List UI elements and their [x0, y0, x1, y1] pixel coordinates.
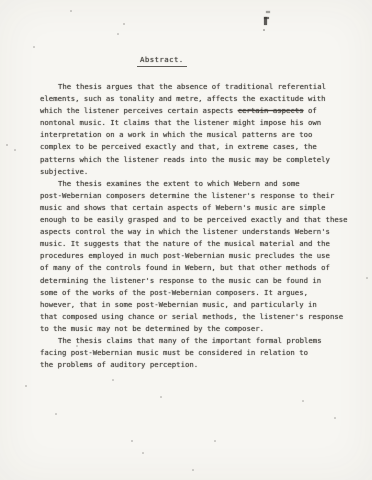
text-line: The thesis examines the extent to which … — [40, 178, 358, 190]
paper-speck — [123, 23, 125, 25]
text-line: music and shows that certain aspects of … — [40, 202, 358, 214]
paper-speck — [214, 440, 216, 442]
text-line: nontonal music. It claims that the liste… — [40, 117, 358, 129]
text-segment: which the listener perceives certain asp… — [40, 106, 238, 115]
paper-speck — [6, 144, 8, 146]
text-segment: of — [304, 106, 317, 115]
paper-speck — [366, 277, 368, 279]
pencil-mark — [260, 8, 276, 34]
text-line: The thesis claims that many of the impor… — [40, 335, 358, 347]
text-line: facing post-Webernian music must be cons… — [40, 347, 358, 359]
paper-speck — [70, 10, 72, 12]
text-line: to the music may not be determined by th… — [40, 323, 358, 335]
text-line: the problems of auditory perception. — [40, 359, 358, 371]
paper-speck — [33, 46, 35, 48]
paper-speck — [117, 33, 119, 35]
text-line: complex to be perceived exactly and that… — [40, 141, 358, 153]
text-line: subjective. — [40, 166, 358, 178]
paper-speck — [112, 379, 114, 381]
struck-text: certain aspects — [238, 106, 304, 115]
abstract-paragraph-3: The thesis claims that many of the impor… — [40, 335, 358, 371]
paper-speck — [131, 440, 133, 442]
pencil-stroke-arm — [264, 17, 269, 19]
scanned-page: Abstract. The thesis argues that the abs… — [0, 0, 372, 480]
paper-speck — [76, 345, 78, 347]
paper-speck — [192, 469, 194, 471]
text-line: music. It suggests that the nature of th… — [40, 238, 358, 250]
paper-speck — [55, 413, 57, 415]
text-line: some of the works of the post-Webernian … — [40, 287, 358, 299]
abstract-paragraph-1: The thesis argues that the absence of tr… — [40, 81, 358, 178]
text-line: enough to be easily grasped and to be pe… — [40, 214, 358, 226]
text-line: of many of the controls found in Webern,… — [40, 262, 358, 274]
paper-speck — [142, 452, 144, 454]
paper-speck — [25, 385, 27, 387]
text-line-with-strikethrough: which the listener perceives certain asp… — [40, 105, 358, 117]
text-line: interpretation on a work in which the mu… — [40, 129, 358, 141]
text-line: procedures employed in much post-Weberni… — [40, 250, 358, 262]
abstract-paragraph-2: The thesis examines the extent to which … — [40, 178, 358, 335]
text-line: however, that in some post-Webernian mus… — [40, 299, 358, 311]
paper-speck — [160, 396, 162, 398]
pencil-dot-mark — [263, 29, 265, 31]
page-title: Abstract. — [137, 55, 187, 67]
text-line: elements, such as tonality and metre, af… — [40, 93, 358, 105]
paper-speck — [334, 417, 336, 419]
paper-speck — [14, 149, 16, 151]
text-line: aspects control the way in which the lis… — [40, 226, 358, 238]
paper-speck — [302, 400, 304, 402]
pencil-dash-mark — [266, 11, 270, 13]
text-line: patterns which the listener reads into t… — [40, 154, 358, 166]
text-line: determining the listener's response to t… — [40, 275, 358, 287]
text-line: that composed using chance or serial met… — [40, 311, 358, 323]
text-line: post-Webernian composers determine the l… — [40, 190, 358, 202]
abstract-text: The thesis argues that the absence of tr… — [40, 81, 358, 371]
text-line: The thesis argues that the absence of tr… — [40, 81, 358, 93]
